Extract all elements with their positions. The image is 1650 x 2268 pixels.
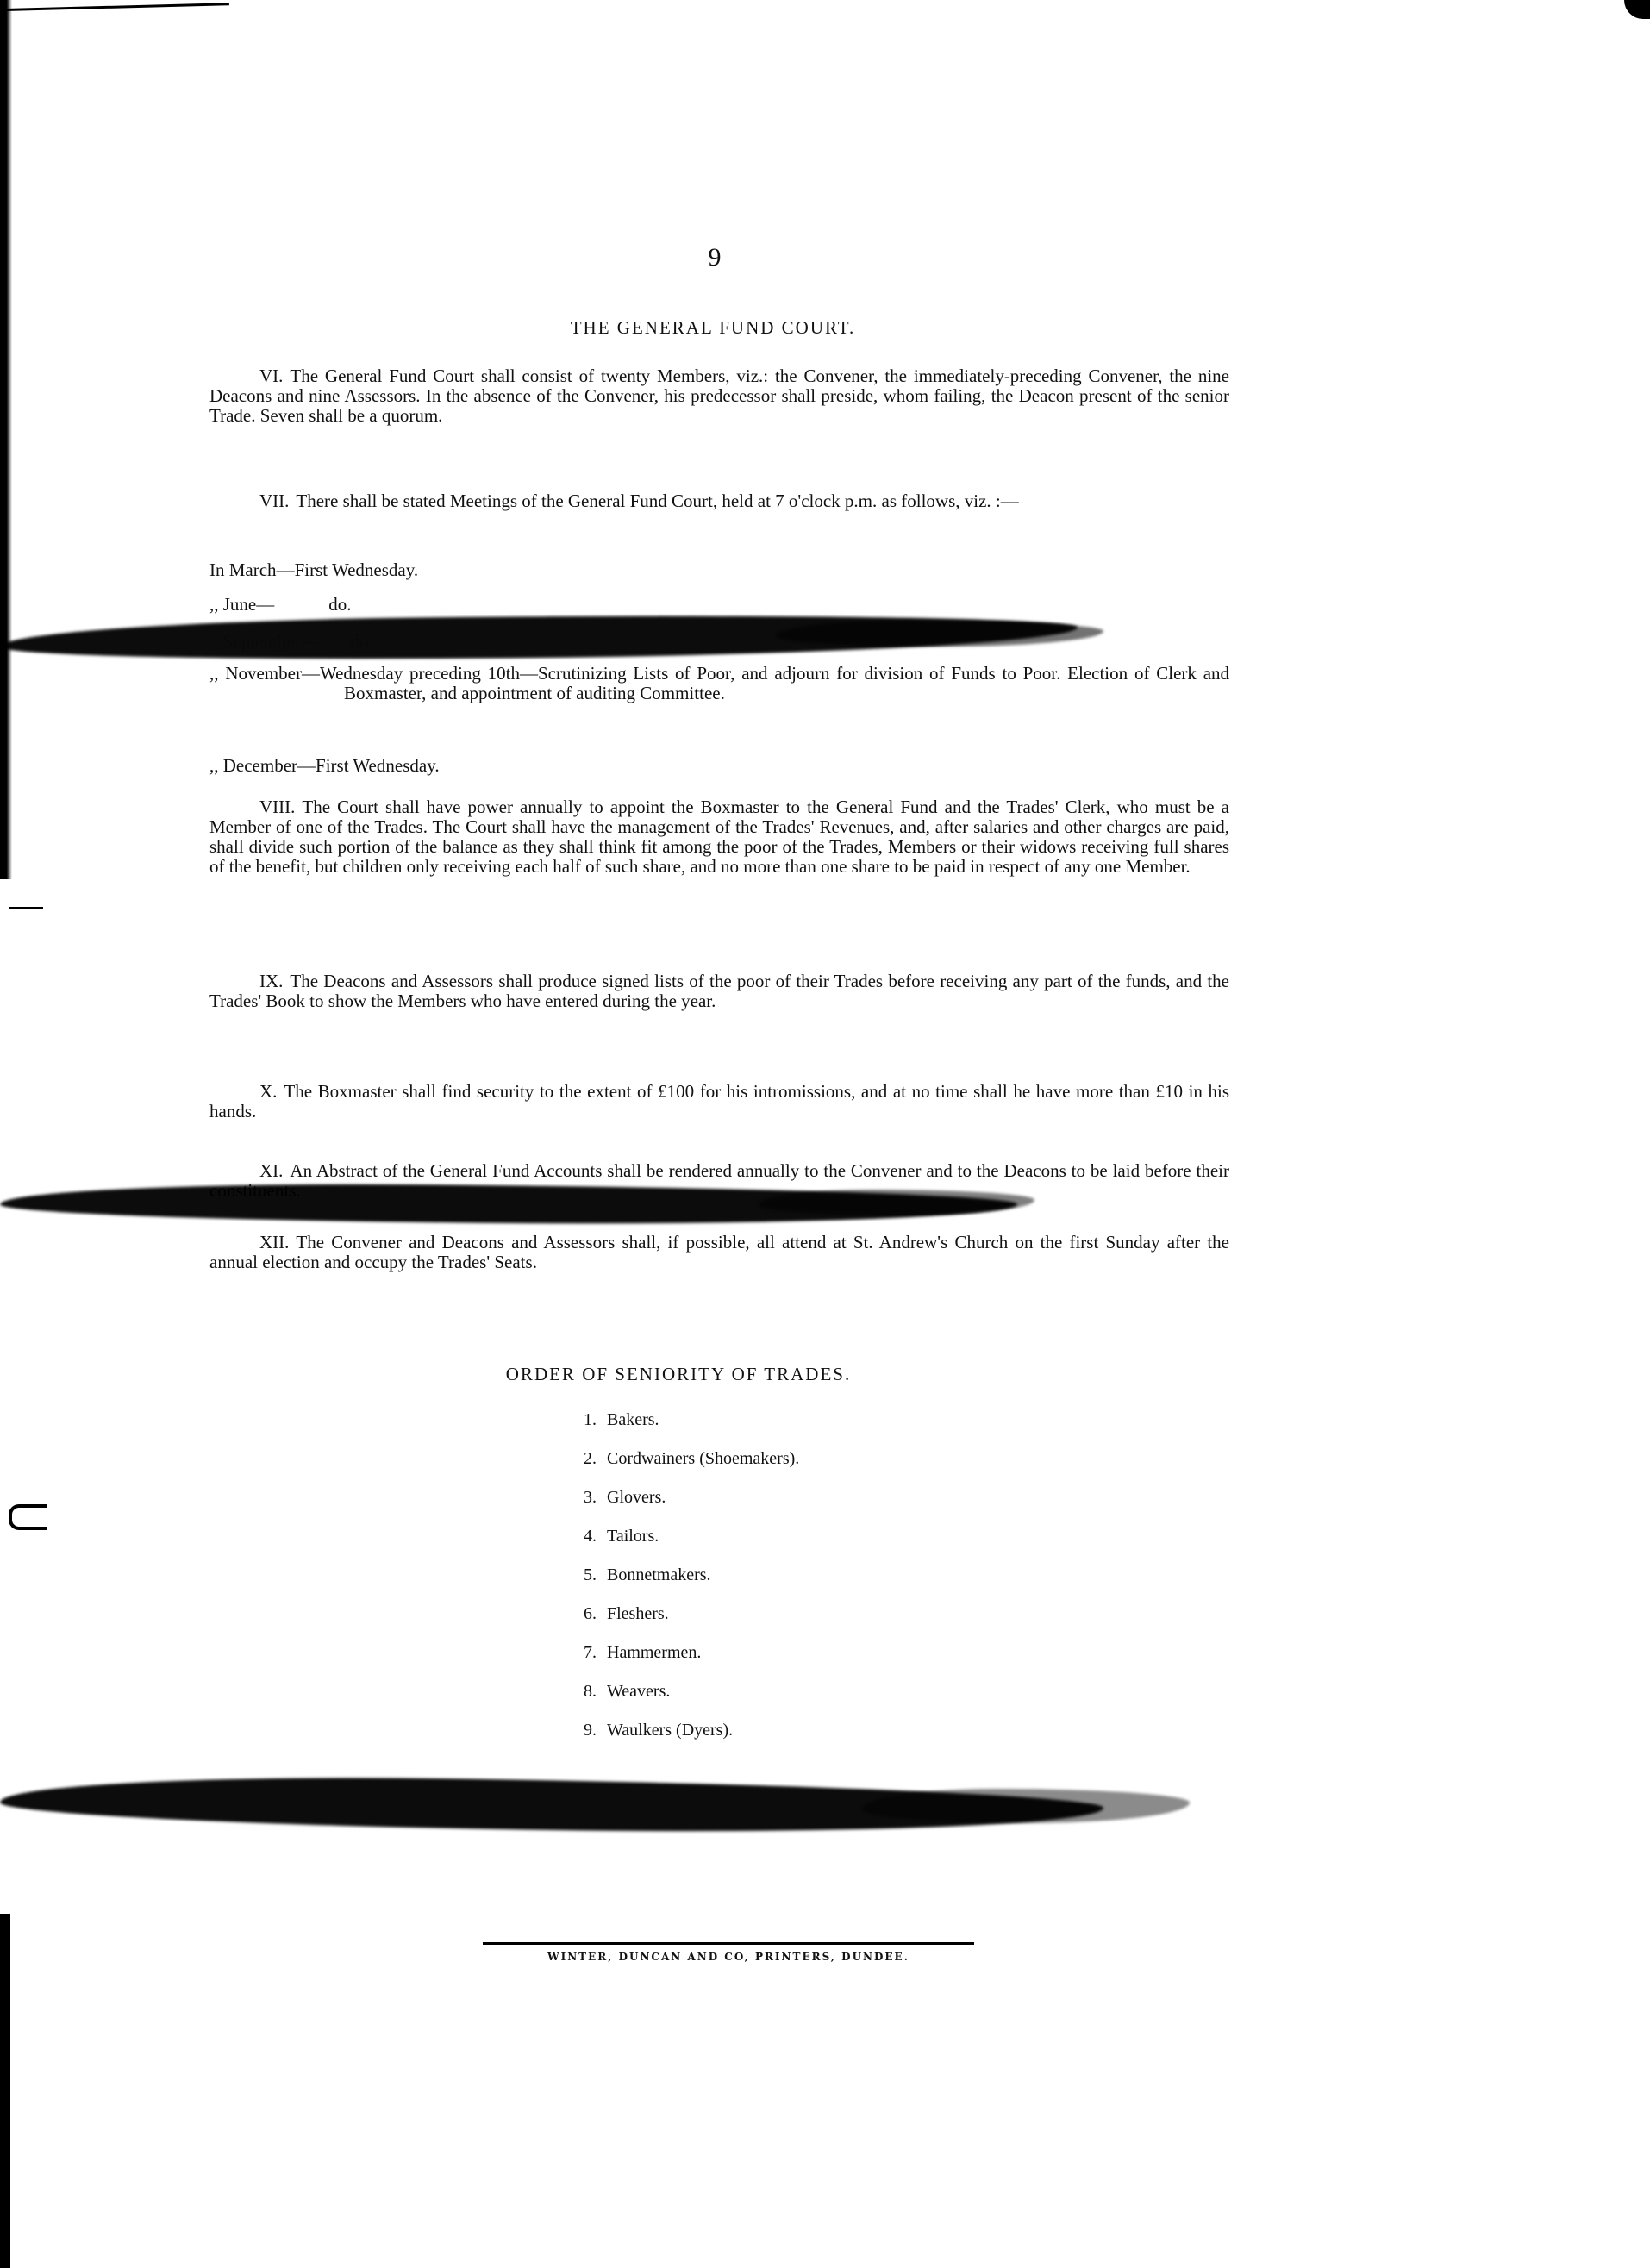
trade-item: 6.Fleshers. [566,1595,799,1634]
schedule-detail: —Wednesday preceding 10th—Scrutinizing L… [302,663,1229,703]
trade-rank: 7. [566,1634,597,1672]
trade-rank: 9. [566,1711,597,1750]
seniority-list: 1.Bakers.2.Cordwainers (Shoemakers).3.Gl… [566,1401,799,1750]
scan-corner-mark [1624,0,1650,19]
scan-smear [759,1190,1034,1215]
article-paragraph: VIII.The Court shall have power annually… [209,797,1229,877]
schedule-line-june: ,, June— do. [209,595,1229,615]
trade-rank: 1. [566,1401,597,1440]
article-number: VIII. [259,797,295,817]
scan-margin-mark [9,907,43,909]
article-text: There shall be stated Meetings of the Ge… [296,490,1018,511]
article-text: The General Fund Court shall consist of … [209,366,1229,426]
article-text: The Deacons and Assessors shall produce … [209,971,1229,1011]
article-paragraph: IX.The Deacons and Assessors shall produ… [209,972,1229,1011]
trade-rank: 2. [566,1440,597,1478]
scan-edge-shadow-lower [0,1914,10,2268]
schedule-line-december: ,, December—First Wednesday. [209,756,1229,776]
trade-rank: 8. [566,1672,597,1711]
article-text: The Court shall have power annually to a… [209,797,1229,877]
article-text: The Convener and Deacons and Assessors s… [209,1232,1229,1272]
trade-item: 5.Bonnetmakers. [566,1556,799,1595]
trade-name: Tailors. [607,1527,659,1546]
trade-item: 2.Cordwainers (Shoemakers). [566,1440,799,1478]
trade-item: 4.Tailors. [566,1517,799,1556]
trade-rank: 4. [566,1517,597,1556]
seniority-title: ORDER OF SENIORITY OF TRADES. [0,1364,1650,1385]
article-paragraph: VI.The General Fund Court shall consist … [209,366,1229,426]
article-ix: IX.The Deacons and Assessors shall produ… [209,972,1229,1011]
schedule-prefix: ,, [209,663,219,684]
scan-top-line [5,3,229,11]
trade-name: Weavers. [607,1682,670,1701]
article-paragraph: XII.The Convener and Deacons and Assesso… [209,1233,1229,1272]
article-text: The Boxmaster shall find security to the… [209,1081,1229,1122]
section-title: THE GENERAL FUND COURT. [0,317,1650,339]
scan-smear [862,1789,1190,1823]
trade-rank: 5. [566,1556,597,1595]
page-number-text: 9 [709,243,722,272]
article-x: X.The Boxmaster shall find security to t… [209,1082,1229,1122]
trade-name: Cordwainers (Shoemakers). [607,1449,799,1468]
article-paragraph: VII.There shall be stated Meetings of th… [209,491,1229,511]
article-paragraph: X.The Boxmaster shall find security to t… [209,1082,1229,1122]
article-number: XII. [259,1232,289,1253]
imprint-rule [483,1942,974,1945]
page-number: 9 [0,243,1650,272]
schedule-month: June [223,594,257,615]
article-number: VII. [259,490,289,511]
trade-rank: 3. [566,1478,597,1517]
trade-item: 9.Waulkers (Dyers). [566,1711,799,1750]
meeting-schedule-june: ,, June— do. [209,595,1229,615]
schedule-detail: —First Wednesday. [277,559,419,580]
article-number: X. [259,1081,277,1102]
article-number: VI. [259,366,283,386]
trade-item: 3.Glovers. [566,1478,799,1517]
trade-name: Waulkers (Dyers). [607,1721,733,1740]
trade-name: Bakers. [607,1410,659,1429]
schedule-prefix: In [209,559,225,580]
schedule-detail: —First Wednesday. [297,755,440,776]
meeting-schedule: In March—First Wednesday. [209,560,1229,580]
trade-item: 1.Bakers. [566,1401,799,1440]
schedule-prefix: ,, [209,755,219,776]
article-vi: VI.The General Fund Court shall consist … [209,366,1229,426]
trade-rank: 6. [566,1595,597,1634]
trade-name: Fleshers. [607,1604,669,1623]
article-xii: XII.The Convener and Deacons and Assesso… [209,1233,1229,1272]
trade-item: 8.Weavers. [566,1672,799,1711]
scanned-page: 9 THE GENERAL FUND COURT. VI.The General… [0,0,1650,2268]
article-number: IX. [259,971,283,991]
schedule-detail: — do. [256,594,351,615]
trade-name: Glovers. [607,1488,666,1507]
schedule-month: November [225,663,302,684]
seniority-title-text: ORDER OF SENIORITY OF TRADES. [506,1364,851,1384]
article-vii: VII.There shall be stated Meetings of th… [209,491,1229,511]
trade-name: Hammermen. [607,1643,701,1662]
trade-item: 7.Hammermen. [566,1634,799,1672]
schedule-line-november: ,, November—Wednesday preceding 10th—Scr… [209,664,1229,703]
schedule-month: December [223,755,297,776]
meeting-schedule-december: ,, December—First Wednesday. [209,756,1229,776]
scan-margin-bracket [9,1504,47,1530]
article-viii: VIII.The Court shall have power annually… [209,797,1229,877]
meeting-schedule-november: ,, November—Wednesday preceding 10th—Scr… [209,664,1229,703]
trade-name: Bonnetmakers. [607,1565,711,1584]
schedule-month: March [229,559,277,580]
schedule-prefix: ,, [209,594,219,615]
section-title-text: THE GENERAL FUND COURT. [571,317,856,338]
article-number: XI. [259,1160,283,1181]
scan-edge-shadow [0,0,12,879]
schedule-line-march: In March—First Wednesday. [209,560,1229,580]
printer-imprint: WINTER, DUNCAN AND CO, PRINTERS, DUNDEE. [483,1951,974,1963]
